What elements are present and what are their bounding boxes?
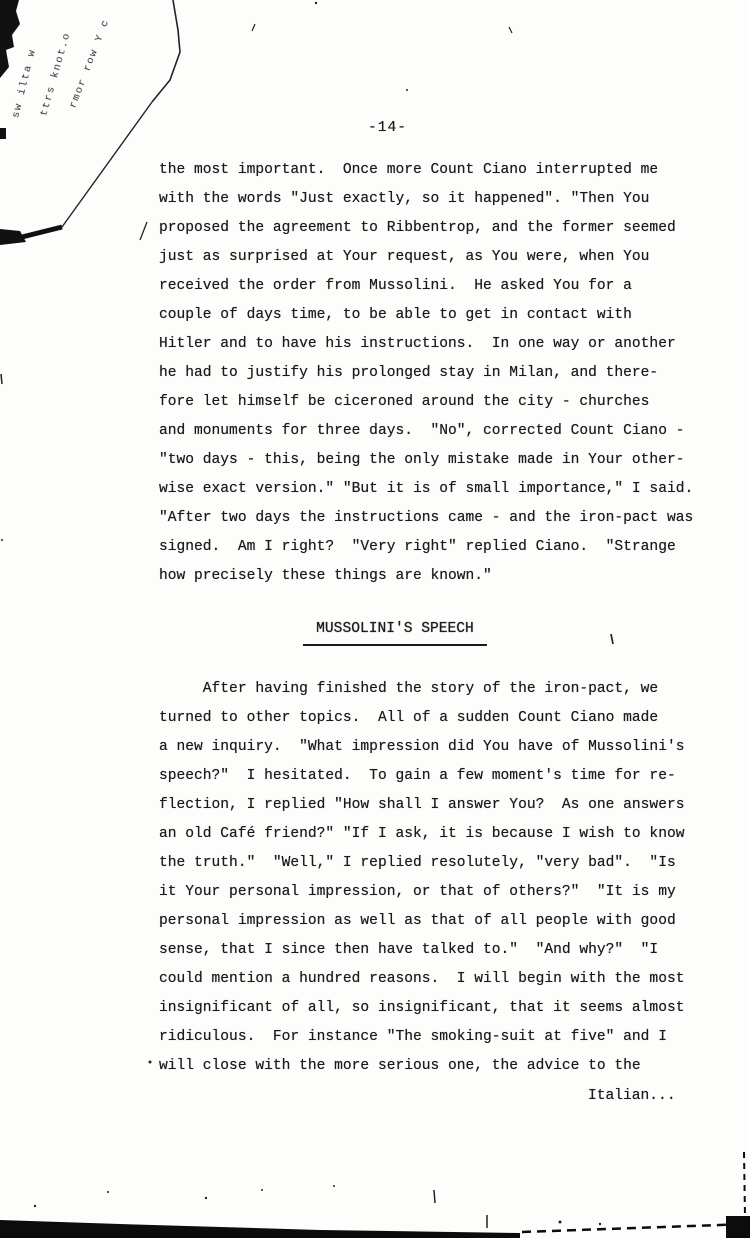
fold-ink-fragment: rmor row Y c <box>67 17 112 110</box>
text-line: fore let himself be ciceroned around the… <box>159 388 693 417</box>
fold-ink-fragment: sw ilta w <box>10 48 39 120</box>
text-line: received the order from Mussolini. He as… <box>159 272 693 301</box>
text-line: a new inquiry. "What impression did You … <box>159 733 684 762</box>
text-line: turned to other topics. All of a sudden … <box>159 704 684 733</box>
text-line: signed. Am I right? "Very right" replied… <box>159 533 693 562</box>
page-number: -14- <box>368 114 407 143</box>
text-line: the most important. Once more Count Cian… <box>159 156 693 185</box>
text-line: will close with the more serious one, th… <box>159 1052 684 1081</box>
text-line: could mention a hundred reasons. I will … <box>159 965 684 994</box>
text-line: "After two days the instructions came - … <box>159 504 693 533</box>
text-line: flection, I replied "How shall I answer … <box>159 791 684 820</box>
text-line: it Your personal impression, or that of … <box>159 878 684 907</box>
text-line: wise exact version." "But it is of small… <box>159 475 693 504</box>
text-line: After having finished the story of the i… <box>159 675 684 704</box>
text-line: proposed the agreement to Ribbentrop, an… <box>159 214 693 243</box>
continuation-word: Italian... <box>588 1082 676 1111</box>
text-line: speech?" I hesitated. To gain a few mome… <box>159 762 684 791</box>
text-line: "two days - this, being the only mistake… <box>159 446 693 475</box>
text-line: personal impression as well as that of a… <box>159 907 684 936</box>
text-line: couple of days time, to be able to get i… <box>159 301 693 330</box>
text-line: with the words "Just exactly, so it happ… <box>159 185 693 214</box>
text-line: insignificant of all, so insignificant, … <box>159 994 684 1023</box>
text-line: the truth." "Well," I replied resolutely… <box>159 849 684 878</box>
text-line: an old Café friend?" "If I ask, it is be… <box>159 820 684 849</box>
document-page: sw ilta w ttrs knot.o rmor row Y c -14- … <box>0 0 750 1238</box>
paragraph-mussolini-speech: After having finished the story of the i… <box>159 675 684 1081</box>
scanner-edge <box>0 1152 750 1238</box>
section-heading: MUSSOLINI'S SPEECH <box>303 615 487 646</box>
text-line: just as surprised at Your request, as Yo… <box>159 243 693 272</box>
text-line: ridiculous. For instance "The smoking-su… <box>159 1023 684 1052</box>
text-line: sense, that I since then have talked to.… <box>159 936 684 965</box>
text-line: how precisely these things are known." <box>159 562 693 591</box>
text-line: and monuments for three days. "No", corr… <box>159 417 693 446</box>
text-line: Hitler and to have his instructions. In … <box>159 330 693 359</box>
paragraph-ciano-iron-pact: the most important. Once more Count Cian… <box>159 156 693 591</box>
text-line: he had to justify his prolonged stay in … <box>159 359 693 388</box>
corner-fold-marks <box>0 0 180 245</box>
